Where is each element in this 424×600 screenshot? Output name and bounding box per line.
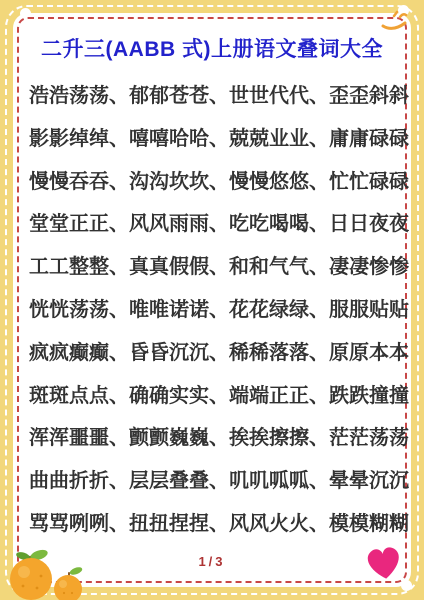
word-row: 疯疯癫癫、昏昏沉沉、稀稀落落、原原本本 <box>29 332 395 375</box>
word-row: 骂骂咧咧、扭扭捏捏、风风火火、模模糊糊 <box>29 503 395 546</box>
word-row: 影影绰绰、嘻嘻哈哈、兢兢业业、庸庸碌碌 <box>29 118 395 161</box>
heart-icon <box>360 540 407 585</box>
word-row: 工工整整、真真假假、和和气气、凄凄惨惨 <box>29 246 395 289</box>
word-list: 浩浩荡荡、郁郁苍苍、世世代代、歪歪斜斜 影影绰绰、嘻嘻哈哈、兢兢业业、庸庸碌碌 … <box>29 75 395 546</box>
word-card: 二升三(AABB 式)上册语文叠词大全 浩浩荡荡、郁郁苍苍、世世代代、歪歪斜斜 … <box>13 13 411 587</box>
word-row: 浩浩荡荡、郁郁苍苍、世世代代、歪歪斜斜 <box>29 75 395 118</box>
word-row: 曲曲折折、层层叠叠、叽叽呱呱、晕晕沉沉 <box>29 460 395 503</box>
orange-scribble-icon <box>381 10 409 34</box>
oranges-icon <box>3 548 93 600</box>
word-row: 慢慢吞吞、沟沟坎坎、慢慢悠悠、忙忙碌碌 <box>29 161 395 204</box>
word-row: 堂堂正正、风风雨雨、吃吃喝喝、日日夜夜 <box>29 203 395 246</box>
word-row: 浑浑噩噩、颤颤巍巍、挨挨擦擦、茫茫荡荡 <box>29 417 395 460</box>
page-background: { "document": { "title": "二升三(AABB 式)上册语… <box>0 0 424 600</box>
word-row: 斑斑点点、确确实实、端端正正、跌跌撞撞 <box>29 375 395 418</box>
page-title: 二升三(AABB 式)上册语文叠词大全 <box>13 33 411 63</box>
word-row: 恍恍荡荡、唯唯诺诺、花花绿绿、服服贴贴 <box>29 289 395 332</box>
